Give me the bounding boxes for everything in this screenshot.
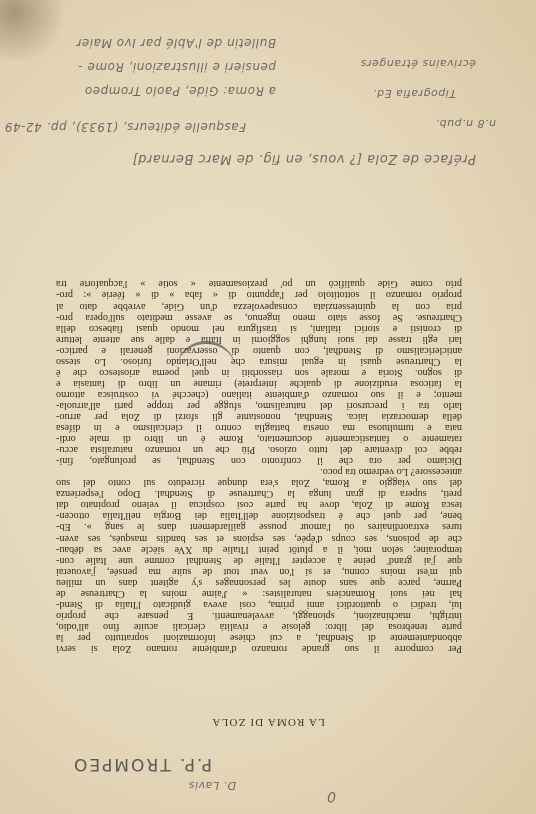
text-line: Chartreuse. Se fosse stato meno ingenuo,… (56, 312, 476, 323)
text-line: prio come Gide qualificò un po' preziosa… (56, 278, 476, 289)
document-page: D. Lavis 0 P.P. TROMPEO LA ROMA DI ZOLA … (0, 0, 536, 814)
text-line: di sogno. Storia e morale son riassorbit… (56, 367, 476, 378)
handwritten-note: Tipografia Ed. (373, 87, 456, 100)
body-text: Per comporre il suo grande romanzo d'amb… (56, 278, 476, 654)
text-line: lari egli trasse dai suoi lunghi soggior… (56, 334, 476, 345)
text-line: Per comporre il suo grande romanzo d'amb… (56, 643, 476, 654)
text-line: larlo tra i precursori del naturalismo, … (56, 400, 476, 411)
handwritten-note: Bulletin de l'Ablé par Ivo Maier (76, 36, 276, 50)
text-line: lui, tredici o quattordici anni prima, c… (56, 599, 476, 610)
text-line: que j'ai grand' peine à accepter l'Itali… (56, 555, 476, 566)
text-line: intrighi, machinazioni, spionaggi, avvel… (56, 610, 476, 621)
handwritten-note: pensieri e illustrazioni, Rome - (78, 60, 276, 74)
text-line: Diciamo per ora che il confronto con Ste… (56, 455, 476, 466)
handwritten-note: n.8 n.pub. (435, 117, 496, 130)
paragraph: Per comporre il suo grande romanzo d'amb… (56, 466, 476, 654)
text-line: tesca Rome di Zola, dove ha parte così c… (56, 499, 476, 510)
handwritten-note: Fasquelle éditeurs, (1933), pp. 42-49 (4, 120, 246, 134)
text-line: tures extraordinaires où l'amour pousse … (56, 521, 476, 532)
text-line: la Chartreuse quasi in egual misura che … (56, 356, 476, 367)
text-line: che de poisons, ses coups d'épée, ses es… (56, 532, 476, 543)
text-line: parte tenebrosa del libro: gelosie e riv… (56, 621, 476, 632)
text-line: la faticosa erudizione di qualche interp… (56, 378, 476, 389)
handwritten-note: D. Lavis (188, 779, 236, 792)
handwritten-note: 0 (327, 788, 336, 804)
text-line: della democrazia laica. Stendhal, nonost… (56, 411, 476, 422)
text-line: di cronisti e storici italiani, si trasf… (56, 323, 476, 334)
handwritten-note: a Roma: Gide, Paolo Trompeo (84, 84, 276, 98)
text-line: abbondantemente di Stendhal, a cui chies… (56, 632, 476, 643)
text-line: Parme, parce que sans doute les personna… (56, 577, 476, 588)
text-line: hal nei suoi Romanciers naturalistes: « … (56, 588, 476, 599)
handwritten-note: Préface de Zola [? vous, en fig. de Marc… (132, 151, 476, 166)
text-line: qui m'est moins connu, et si l'on veut t… (56, 566, 476, 577)
text-line: bene, per quel che è trasposizione dell'… (56, 510, 476, 521)
handwritten-note: écrivains étrangers (360, 57, 476, 70)
text-line: pria con la quintessenziata consapevolez… (56, 301, 476, 312)
text-line: nata e tumultuosa ma onesta battaglia co… (56, 422, 476, 433)
text-line: ratamente o fantasticamente documentato,… (56, 433, 476, 444)
text-line: del suo viaggio a Roma, Zola s'era dunqu… (56, 477, 476, 488)
text-line: temporaine; selon moi, il a plutôt peint… (56, 544, 476, 555)
owner-stamp: P.P. TROMPEO (72, 754, 212, 774)
paragraph: Diciamo per ora che il confronto con Ste… (56, 278, 476, 466)
text-line: anticlericalismo di Stendhal, con quanto… (56, 345, 476, 356)
text-line: preti, supera di gran lunga la Chartreus… (56, 488, 476, 499)
text-line: rebbe col diventare del tutto ozioso. Pi… (56, 444, 476, 455)
text-line: mento; e il suo romanzo d'ambiente itali… (56, 389, 476, 400)
page-title: LA ROMA DI ZOLA (0, 716, 536, 728)
top-handwriting: Préface de Zola [? vous, en fig. de Marc… (0, 0, 536, 174)
text-line: proprio romanzo il sottotitolo per l'app… (56, 289, 476, 300)
text-line: antecessore? Lo vedremo tra poco. (56, 466, 476, 477)
